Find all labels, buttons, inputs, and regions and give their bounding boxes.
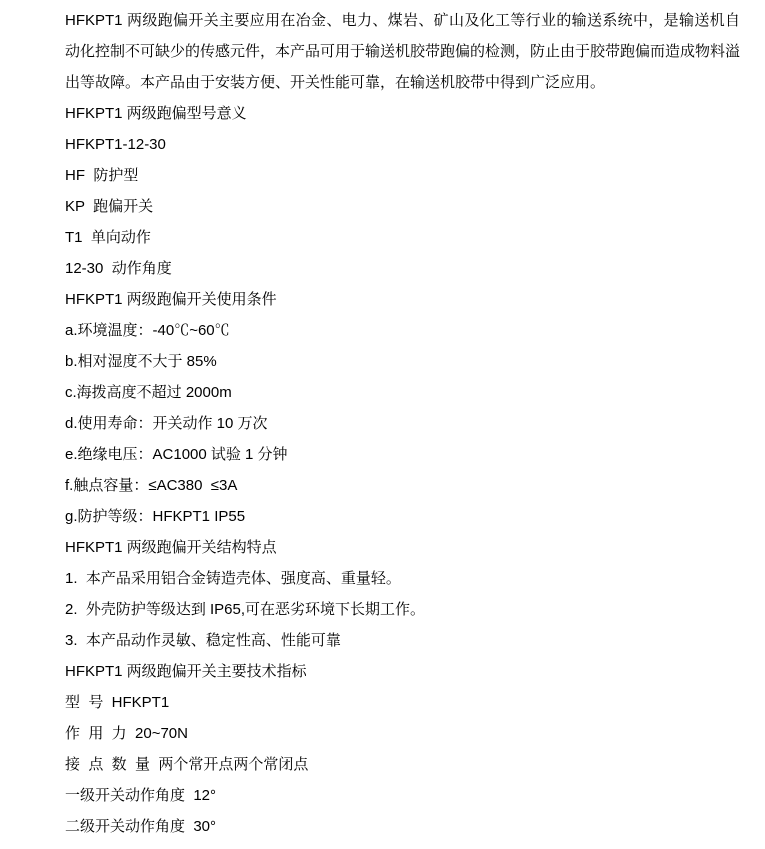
heading-technical-specs: HFKPT1 两级跑偏开关主要技术指标	[65, 656, 740, 687]
heading-model-meaning: HFKPT1 两级跑偏型号意义	[65, 98, 740, 129]
model-number-line: HFKPT1-12-30	[65, 129, 740, 160]
condition-e-insulation-voltage: e.绝缘电压：AC1000 试验 1 分钟	[65, 439, 740, 470]
condition-d-lifetime: d.使用寿命：开关动作 10 万次	[65, 408, 740, 439]
heading-usage-conditions: HFKPT1 两级跑偏开关使用条件	[65, 284, 740, 315]
condition-f-contact-capacity: f.触点容量：≤AC380 ≤3A	[65, 470, 740, 501]
feature-1-aluminum-shell: 1. 本产品采用铝合金铸造壳体、强度高、重量轻。	[65, 563, 740, 594]
condition-c-altitude: c.海拨高度不超过 2000m	[65, 377, 740, 408]
feature-3-reliability: 3. 本产品动作灵敏、稳定性高、性能可靠	[65, 625, 740, 656]
intro-paragraph: HFKPT1 两级跑偏开关主要应用在冶金、电力、煤岩、矿山及化工等行业的输送系统…	[65, 5, 740, 98]
spec-acting-force: 作 用 力 20~70N	[65, 718, 740, 749]
condition-b-humidity: b.相对湿度不大于 85%	[65, 346, 740, 377]
model-part-t1: T1 单向动作	[65, 222, 740, 253]
spec-model: 型 号 HFKPT1	[65, 687, 740, 718]
document-body: HFKPT1 两级跑偏开关主要应用在冶金、电力、煤岩、矿山及化工等行业的输送系统…	[0, 0, 765, 842]
spec-second-level-angle: 二级开关动作角度 30°	[65, 811, 740, 842]
model-part-kp: KP 跑偏开关	[65, 191, 740, 222]
condition-g-protection-grade: g.防护等级：HFKPT1 IP55	[65, 501, 740, 532]
condition-a-temperature: a.环境温度：-40℃~60℃	[65, 315, 740, 346]
feature-2-ip65: 2. 外壳防护等级达到 IP65,可在恶劣环境下长期工作。	[65, 594, 740, 625]
model-part-angle: 12-30 动作角度	[65, 253, 740, 284]
spec-first-level-angle: 一级开关动作角度 12°	[65, 780, 740, 811]
model-part-hf: HF 防护型	[65, 160, 740, 191]
heading-structure-features: HFKPT1 两级跑偏开关结构特点	[65, 532, 740, 563]
spec-contact-count: 接 点 数 量 两个常开点两个常闭点	[65, 749, 740, 780]
